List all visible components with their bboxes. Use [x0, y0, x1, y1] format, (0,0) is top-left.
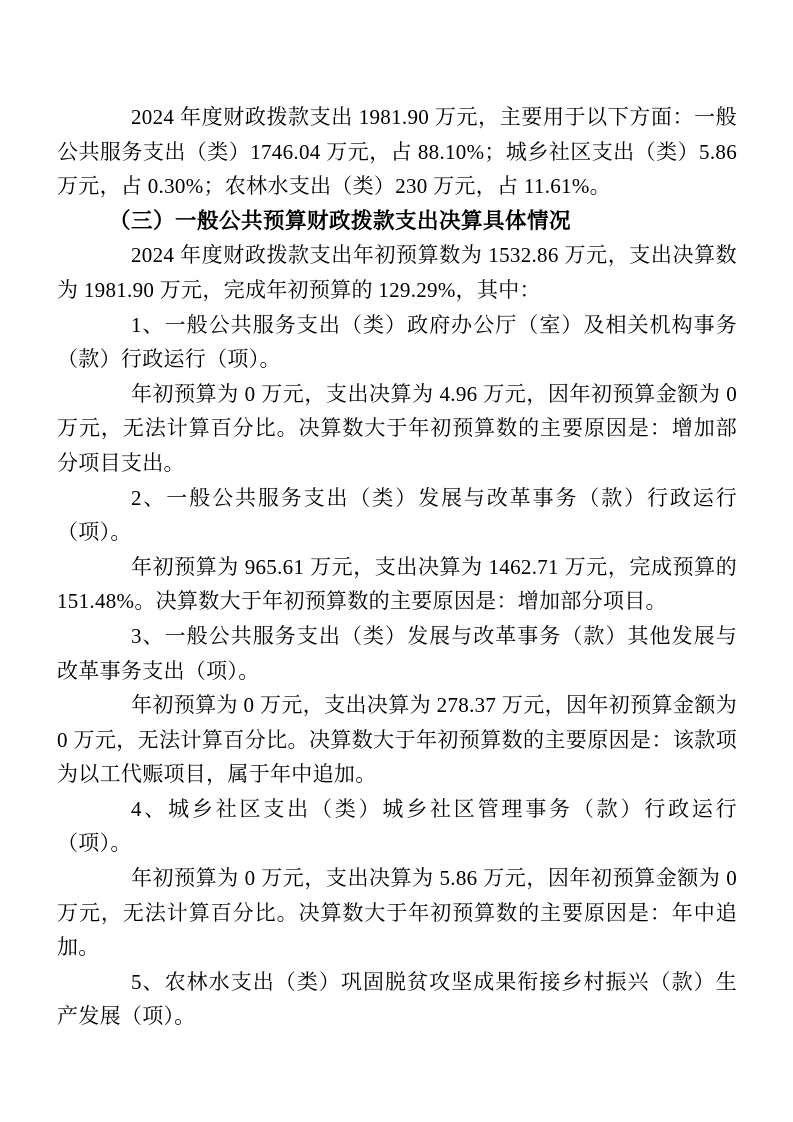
body-paragraph: 年初预算为 0 万元，支出决算为 5.86 万元，因年初预算金额为 0 万元，无… — [57, 861, 737, 965]
body-paragraph: 年初预算为 965.61 万元，支出决算为 1462.71 万元，完成预算的 1… — [57, 550, 737, 619]
body-paragraph: 5、农林水支出（类）巩固脱贫攻坚成果衔接乡村振兴（款）生产发展（项）。 — [57, 965, 737, 1034]
document-content: 2024 年度财政拨款支出 1981.90 万元，主要用于以下方面：一般公共服务… — [57, 100, 737, 1034]
section-heading: （三）一般公共预算财政拨款支出决算具体情况 — [57, 204, 737, 239]
body-paragraph: 3、一般公共服务支出（类）发展与改革事务（款）其他发展与改革事务支出（项）。 — [57, 619, 737, 688]
body-paragraph: 2、一般公共服务支出（类）发展与改革事务（款）行政运行（项）。 — [57, 481, 737, 550]
body-paragraph: 年初预算为 0 万元，支出决算为 278.37 万元，因年初预算金额为 0 万元… — [57, 688, 737, 792]
body-paragraph: 2024 年度财政拨款支出 1981.90 万元，主要用于以下方面：一般公共服务… — [57, 100, 737, 204]
body-paragraph: 2024 年度财政拨款支出年初预算数为 1532.86 万元，支出决算数为 19… — [57, 238, 737, 307]
body-paragraph: 4、城乡社区支出（类）城乡社区管理事务（款）行政运行（项）。 — [57, 792, 737, 861]
body-paragraph: 年初预算为 0 万元，支出决算为 4.96 万元，因年初预算金额为 0 万元，无… — [57, 377, 737, 481]
body-paragraph: 1、一般公共服务支出（类）政府办公厅（室）及相关机构事务（款）行政运行（项）。 — [57, 308, 737, 377]
document-page: 2024 年度财政拨款支出 1981.90 万元，主要用于以下方面：一般公共服务… — [0, 0, 793, 1122]
